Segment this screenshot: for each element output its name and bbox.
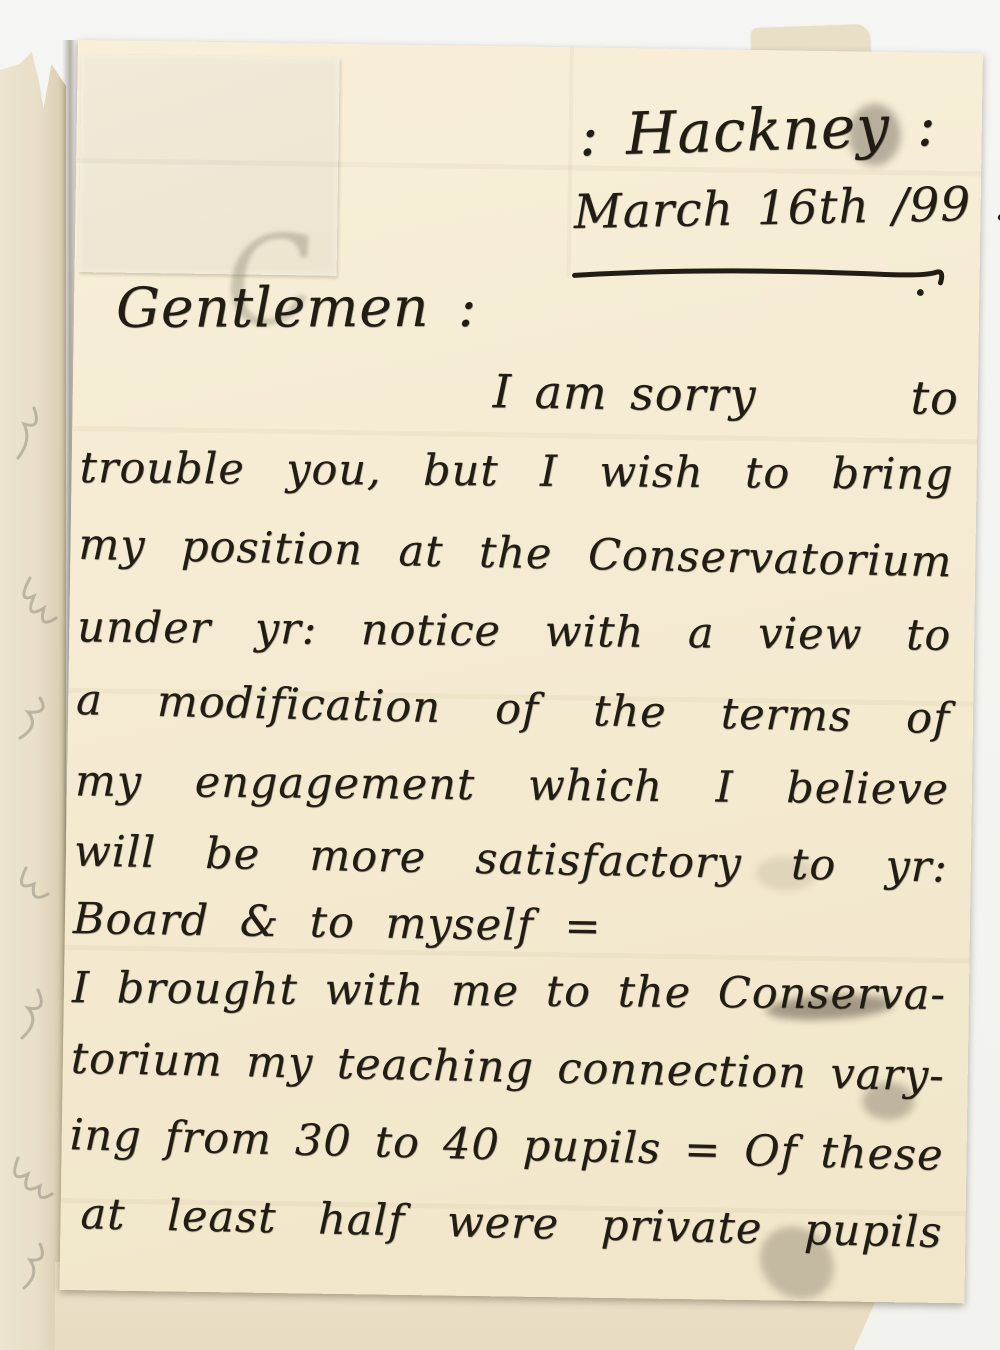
letter-line: my position at the Conservatorium [78, 520, 953, 588]
letter-line: trouble you, but I wish to bring [79, 443, 953, 500]
date-underline-flourish [568, 251, 959, 297]
letter-line-opening: I am sorry to [492, 364, 959, 425]
scanned-letter-background: C : Hackney : March 16th /99 : Gentlemen… [0, 0, 1000, 1350]
bleedthrough-writing [0, 38, 66, 1350]
letter-line: will be more satisfactory to yr: [74, 827, 949, 893]
letter-line: under yr: notice with a view to [77, 602, 951, 660]
letter-page: C : Hackney : March 16th /99 : Gentlemen… [59, 40, 982, 1303]
fold-line-vertical [567, 47, 574, 277]
letter-line-opening-left: I am sorry [492, 364, 757, 422]
underlying-page-left [0, 38, 66, 1350]
letter-line: ing from 30 to 40 pupils = Of these [69, 1110, 944, 1181]
letter-date: March 16th /99 : [573, 176, 1000, 240]
letter-line: a modification of the terms of [76, 675, 951, 744]
letter-line: Board & to myself = [73, 894, 602, 952]
letter-line-opening-right: to [910, 370, 959, 425]
letter-line: my engagement which I believe [75, 756, 949, 814]
fold-line [72, 426, 977, 444]
letter-line: torium my teaching connection vary- [70, 1034, 945, 1102]
ink-smudge [755, 856, 815, 891]
letter-salutation: Gentlemen : [116, 275, 477, 340]
ink-smudge [862, 1082, 915, 1121]
